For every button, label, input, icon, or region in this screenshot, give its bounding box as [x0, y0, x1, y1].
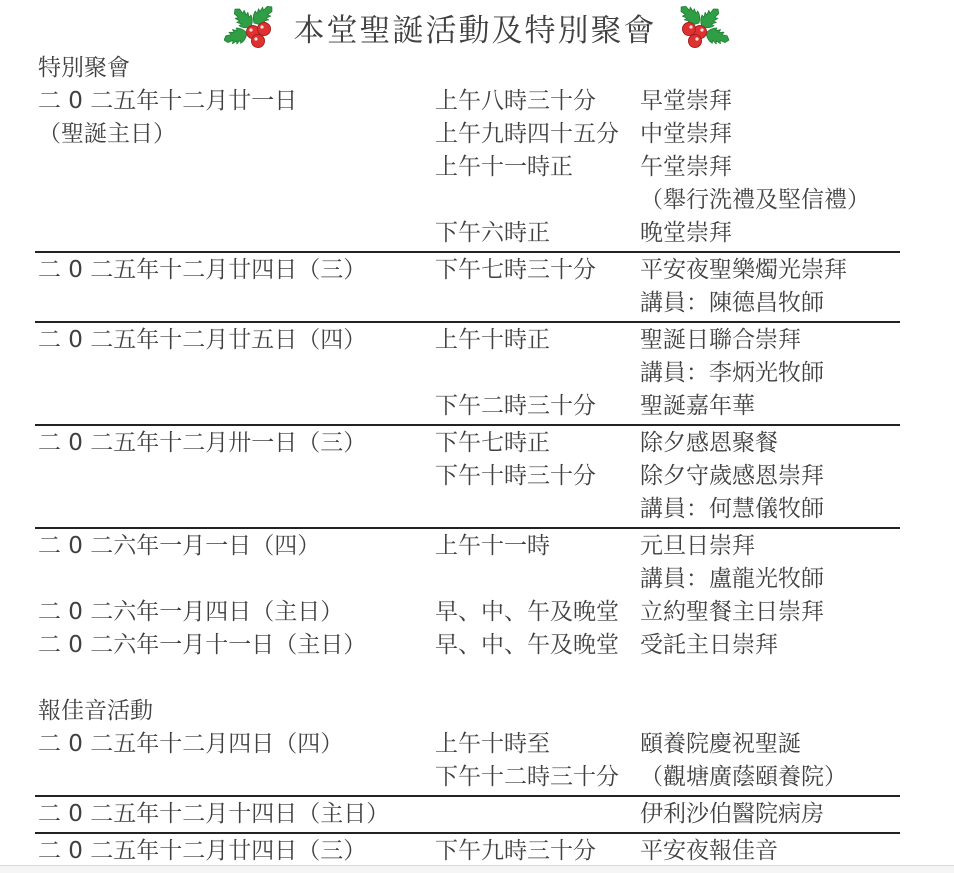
time-cell-line: 上午十一時正: [435, 151, 640, 184]
time-cell: 上午十時正 下午二時三十分: [435, 324, 640, 423]
event-cell-line: 講員：李炳光牧師: [640, 357, 910, 390]
time-cell-line: [435, 287, 640, 320]
event-cell-line: （舉行洗禮及堅信禮）: [640, 184, 910, 217]
table-row: 二 0 二五年十二月廿一日（聖誕主日） 上午八時三十分上午九時四十五分上午十一時…: [38, 85, 910, 250]
section-heading: 特別聚會: [38, 52, 910, 85]
event-cell: 除夕感恩聚餐除夕守歲感恩崇拜講員：何慧儀牧師: [640, 427, 910, 526]
event-cell-line: 午堂崇拜: [640, 151, 910, 184]
event-cell-line: 除夕感恩聚餐: [640, 427, 910, 460]
date-cell-line: [38, 563, 435, 596]
date-cell: 二 0 二六年一月一日（四）: [38, 530, 435, 596]
row-separator: [35, 251, 900, 253]
row-separator: [35, 527, 900, 529]
event-cell-line: 伊利沙伯醫院病房: [640, 798, 910, 831]
date-cell-line: [38, 493, 435, 526]
time-cell: 下午七時三十分: [435, 254, 640, 320]
time-cell-line: 下午六時正: [435, 217, 640, 250]
date-cell-line: [38, 761, 435, 794]
row-separator: [35, 321, 900, 323]
time-cell-line: 上午十時至: [435, 728, 640, 761]
time-cell-line: 早、中、午及晚堂: [435, 629, 640, 662]
date-cell-line: 二 0 二六年一月一日（四）: [38, 530, 435, 563]
time-cell-line: 上午八時三十分: [435, 85, 640, 118]
time-cell-line: 上午十一時: [435, 530, 640, 563]
holly-left-icon: [224, 4, 282, 52]
time-cell-line: 下午七時三十分: [435, 254, 640, 287]
event-cell: 平安夜聖樂燭光崇拜講員：陳德昌牧師: [640, 254, 910, 320]
table-row: 二 0 二五年十二月四日（四） 上午十時至下午十二時三十分頤養院慶祝聖誕（觀塘廣…: [38, 728, 910, 794]
event-cell-line: 平安夜聖樂燭光崇拜: [640, 254, 910, 287]
event-cell-line: 聖誕日聯合崇拜: [640, 324, 910, 357]
date-cell-line: [38, 357, 435, 390]
time-cell-line: [435, 563, 640, 596]
time-cell-line: 早、中、午及晚堂: [435, 596, 640, 629]
date-cell-line: [38, 217, 435, 250]
event-cell-line: 除夕守歲感恩崇拜: [640, 460, 910, 493]
time-cell-line: [435, 493, 640, 526]
section-1: 報佳音活動二 0 二五年十二月四日（四） 上午十時至下午十二時三十分頤養院慶祝聖…: [38, 695, 910, 868]
event-cell: 早堂崇拜中堂崇拜午堂崇拜（舉行洗禮及堅信禮）晚堂崇拜: [640, 85, 910, 250]
event-cell: 伊利沙伯醫院病房: [640, 798, 910, 831]
row-separator: [35, 832, 900, 834]
date-cell: 二 0 二五年十二月廿四日（三）: [38, 835, 435, 868]
time-cell: 上午八時三十分上午九時四十五分上午十一時正 下午六時正: [435, 85, 640, 250]
row-separator: [35, 424, 900, 426]
time-cell-line: [435, 357, 640, 390]
time-cell-line: 下午十時三十分: [435, 460, 640, 493]
table-row: 二 0 二六年一月四日（主日）早、中、午及晚堂立約聖餐主日崇拜: [38, 596, 910, 629]
time-cell: 上午十時至下午十二時三十分: [435, 728, 640, 794]
event-cell: 元旦日崇拜講員：盧龍光牧師: [640, 530, 910, 596]
date-cell-line: [38, 151, 435, 184]
date-cell-line: 二 0 二六年一月十一日（主日）: [38, 629, 435, 662]
date-cell: 二 0 二六年一月四日（主日）: [38, 596, 435, 629]
event-cell-line: 頤養院慶祝聖誕: [640, 728, 910, 761]
date-cell: 二 0 二六年一月十一日（主日）: [38, 629, 435, 662]
event-cell-line: （觀塘廣蔭頤養院）: [640, 761, 910, 794]
table-row: 二 0 二五年十二月卅一日（三） 下午七時正下午十時三十分 除夕感恩聚餐除夕守歲…: [38, 427, 910, 526]
table-row: 二 0 二六年一月一日（四） 上午十一時 元旦日崇拜講員：盧龍光牧師: [38, 530, 910, 596]
date-cell: 二 0 二五年十二月卅一日（三）: [38, 427, 435, 526]
event-cell-line: 立約聖餐主日崇拜: [640, 596, 910, 629]
event-cell-line: 元旦日崇拜: [640, 530, 910, 563]
table-row: 二 0 二五年十二月廿四日（三）下午九時三十分平安夜報佳音: [38, 835, 910, 868]
event-cell: 聖誕日聯合崇拜講員：李炳光牧師聖誕嘉年華: [640, 324, 910, 423]
time-cell-line: 上午十時正: [435, 324, 640, 357]
date-cell-line: 二 0 二五年十二月廿五日（四）: [38, 324, 435, 357]
date-cell-line: [38, 460, 435, 493]
date-cell: 二 0 二五年十二月十四日（主日）: [38, 798, 435, 831]
date-cell-line: （聖誕主日）: [38, 118, 435, 151]
date-cell: 二 0 二五年十二月廿五日（四）: [38, 324, 435, 423]
time-cell-line: 下午二時三十分: [435, 390, 640, 423]
document-title-bar: 本堂聖誕活動及特別聚會: [0, 0, 954, 52]
holly-right-icon: [669, 4, 731, 52]
date-cell: 二 0 二五年十二月廿一日（聖誕主日）: [38, 85, 435, 250]
document-body: 特別聚會二 0 二五年十二月廿一日（聖誕主日） 上午八時三十分上午九時四十五分上…: [0, 52, 954, 868]
event-cell-line: 聖誕嘉年華: [640, 390, 910, 423]
time-cell: 上午十一時: [435, 530, 640, 596]
date-cell-line: 二 0 二五年十二月廿四日（三）: [38, 835, 435, 868]
event-cell-line: 早堂崇拜: [640, 85, 910, 118]
section-heading: 報佳音活動: [38, 695, 910, 728]
time-cell-line: 下午十二時三十分: [435, 761, 640, 794]
page-title: 本堂聖誕活動及特別聚會: [294, 5, 657, 50]
date-cell-line: 二 0 二六年一月四日（主日）: [38, 596, 435, 629]
event-cell-line: 中堂崇拜: [640, 118, 910, 151]
christmas-schedule-document: 本堂聖誕活動及特別聚會 特別聚會二 0 二五年十二月廿一日（聖誕主日） 上午八時…: [0, 0, 954, 873]
table-row: 二 0 二五年十二月廿四日（三） 下午七時三十分 平安夜聖樂燭光崇拜講員：陳德昌…: [38, 254, 910, 320]
date-cell-line: 二 0 二五年十二月廿四日（三）: [38, 254, 435, 287]
row-separator: [35, 795, 900, 797]
event-cell-line: 講員：盧龍光牧師: [640, 563, 910, 596]
event-cell: 受託主日崇拜: [640, 629, 910, 662]
event-cell-line: 講員：何慧儀牧師: [640, 493, 910, 526]
table-row: 二 0 二五年十二月十四日（主日） 伊利沙伯醫院病房: [38, 798, 910, 831]
event-cell-line: 晚堂崇拜: [640, 217, 910, 250]
event-cell: 平安夜報佳音: [640, 835, 910, 868]
time-cell-line: 下午九時三十分: [435, 835, 640, 868]
event-cell: 立約聖餐主日崇拜: [640, 596, 910, 629]
time-cell-line: [435, 798, 640, 831]
time-cell-line: [435, 184, 640, 217]
event-cell-line: 平安夜報佳音: [640, 835, 910, 868]
time-cell: 下午九時三十分: [435, 835, 640, 868]
time-cell-line: 上午九時四十五分: [435, 118, 640, 151]
section-0: 特別聚會二 0 二五年十二月廿一日（聖誕主日） 上午八時三十分上午九時四十五分上…: [38, 52, 910, 662]
date-cell-line: 二 0 二五年十二月卅一日（三）: [38, 427, 435, 460]
table-row: 二 0 二六年一月十一日（主日）早、中、午及晚堂受託主日崇拜: [38, 629, 910, 662]
time-cell: 早、中、午及晚堂: [435, 596, 640, 629]
date-cell: 二 0 二五年十二月廿四日（三）: [38, 254, 435, 320]
table-row: 二 0 二五年十二月廿五日（四） 上午十時正 下午二時三十分聖誕日聯合崇拜講員：…: [38, 324, 910, 423]
event-cell-line: 受託主日崇拜: [640, 629, 910, 662]
date-cell-line: [38, 287, 435, 320]
time-cell: [435, 798, 640, 831]
date-cell-line: 二 0 二五年十二月廿一日: [38, 85, 435, 118]
date-cell-line: 二 0 二五年十二月十四日（主日）: [38, 798, 435, 831]
date-cell-line: 二 0 二五年十二月四日（四）: [38, 728, 435, 761]
event-cell-line: 講員：陳德昌牧師: [640, 287, 910, 320]
time-cell-line: 下午七時正: [435, 427, 640, 460]
time-cell: 下午七時正下午十時三十分: [435, 427, 640, 526]
time-cell: 早、中、午及晚堂: [435, 629, 640, 662]
event-cell: 頤養院慶祝聖誕（觀塘廣蔭頤養院）: [640, 728, 910, 794]
page-bottom-edge: [0, 865, 954, 873]
date-cell-line: [38, 184, 435, 217]
date-cell: 二 0 二五年十二月四日（四）: [38, 728, 435, 794]
date-cell-line: [38, 390, 435, 423]
